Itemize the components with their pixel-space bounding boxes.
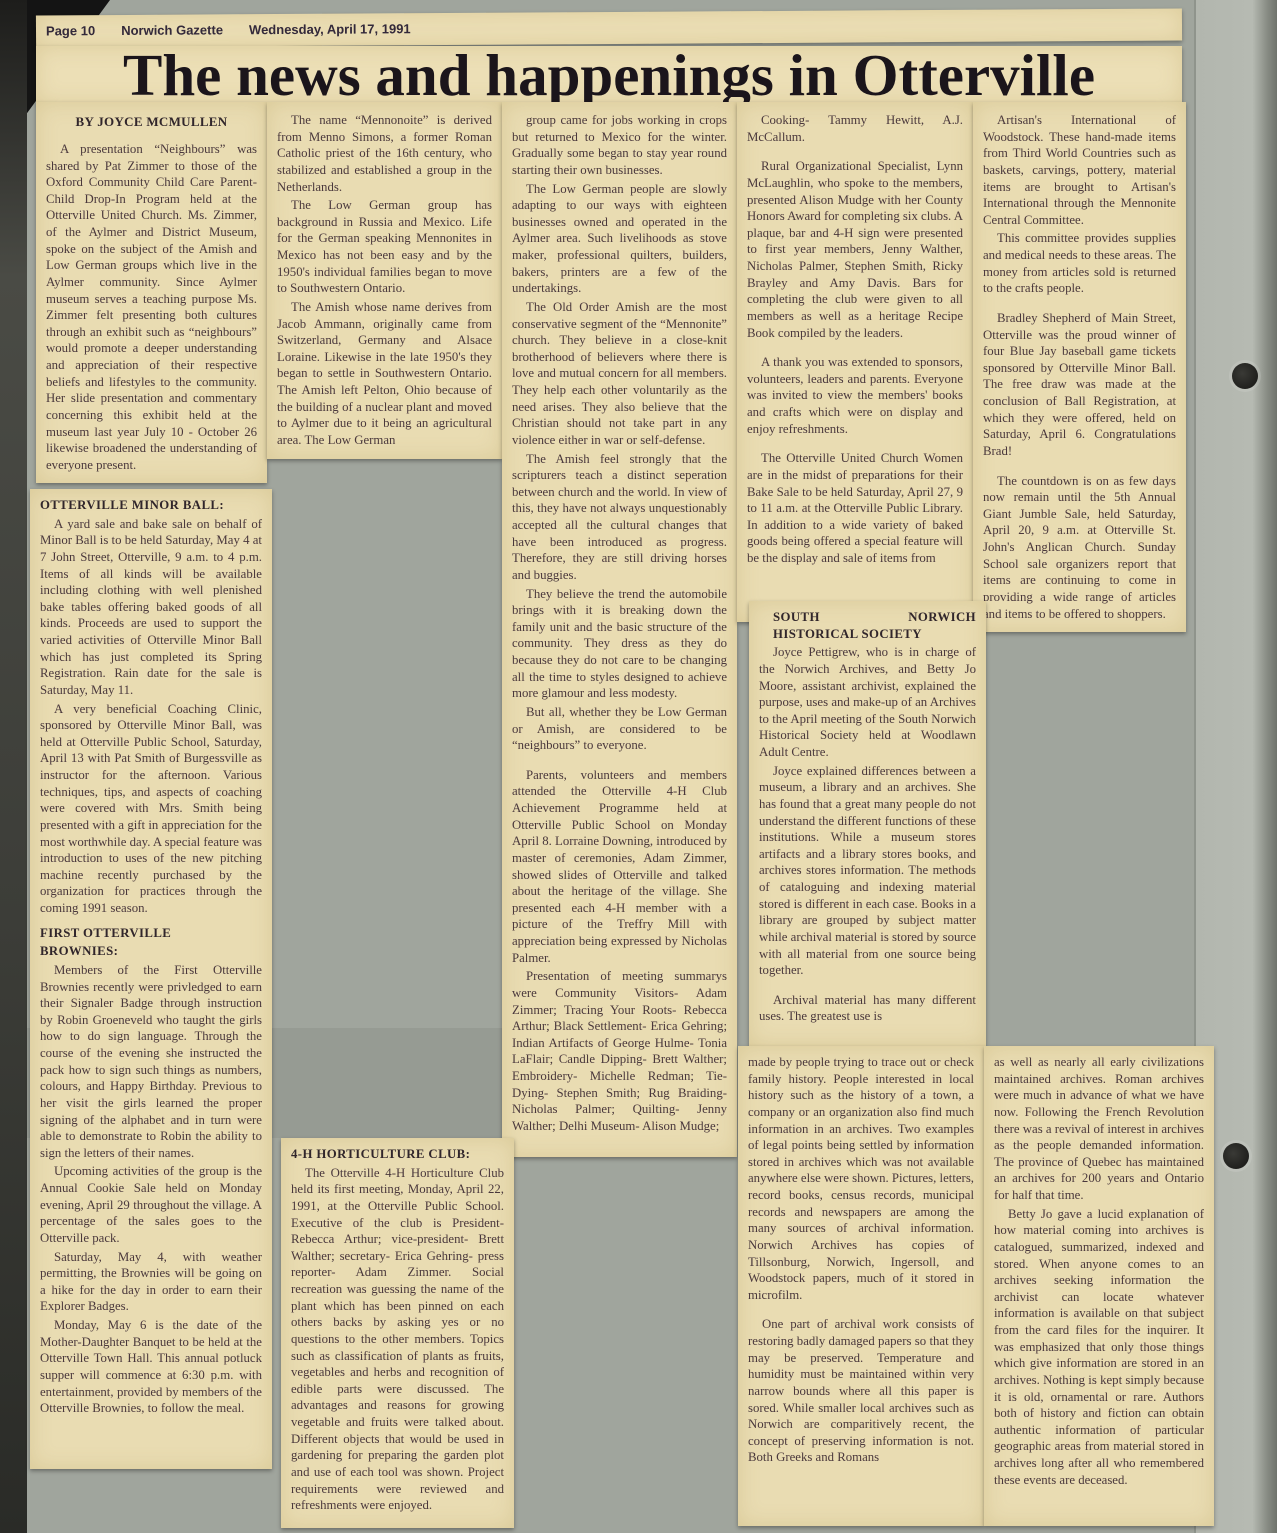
article-paragraph: A very beneficial Coaching Clinic, spons… (40, 701, 262, 917)
article-paragraph: The countdown is on as few days now rema… (983, 473, 1176, 623)
article-paragraph: The Otterville United Church Women are i… (747, 450, 963, 566)
section-heading-minor-ball: OTTERVILLE MINOR BALL: (40, 497, 262, 514)
section-heading-horticulture: 4-H HORTICULTURE CLUB: (291, 1146, 504, 1163)
newspaper-name: Norwich Gazette (121, 22, 223, 40)
page-number: Page 10 (46, 23, 95, 40)
article-column-3: group came for jobs working in crops but… (502, 102, 737, 1157)
article-paragraph: as well as nearly all early civilization… (994, 1054, 1204, 1204)
archives-continuation-clipping: made by people trying to trace out or ch… (738, 1046, 984, 1526)
article-paragraph: Bradley Shepherd of Main Street, Ottervi… (983, 310, 1176, 460)
article-paragraph: group came for jobs working in crops but… (512, 112, 727, 179)
article-paragraph: Saturday, May 4, with weather permitting… (40, 1249, 262, 1316)
page-left-edge (0, 0, 27, 1533)
article-paragraph: Artisan's International of Woodstock. Th… (983, 112, 1176, 228)
section-heading-brownies-line2: BROWNIES: (40, 943, 262, 960)
archives-end-clipping: as well as nearly all early civilization… (984, 1046, 1214, 1526)
article-paragraph: A presentation “Neighbours” was shared b… (46, 141, 257, 474)
article-paragraph: The Amish whose name derives from Jacob … (277, 299, 492, 449)
article-paragraph: Joyce Pettigrew, who is in charge of the… (759, 644, 976, 760)
minor-ball-clipping: OTTERVILLE MINOR BALL: A yard sale and b… (30, 489, 272, 1469)
article-paragraph: Upcoming activities of the group is the … (40, 1163, 262, 1246)
article-paragraph: Parents, volunteers and members attended… (512, 767, 727, 967)
article-paragraph: Cooking- Tammy Hewitt, A.J. McCallum. (747, 112, 963, 145)
article-paragraph: made by people trying to trace out or ch… (748, 1054, 974, 1303)
article-paragraph: Joyce explained differences between a mu… (759, 763, 976, 979)
headline-clipping: The news and happenings in Otterville (36, 46, 1182, 104)
horticulture-clipping: 4-H HORTICULTURE CLUB: The Otterville 4-… (281, 1138, 514, 1528)
issue-date: Wednesday, April 17, 1991 (249, 21, 411, 39)
hole-punch (1223, 1143, 1249, 1169)
article-column-4: Cooking- Tammy Hewitt, A.J. McCallum. Ru… (737, 102, 973, 622)
hole-punch (1232, 363, 1258, 389)
article-paragraph: The Low German people are slowly adaptin… (512, 181, 727, 297)
article-column-5: Artisan's International of Woodstock. Th… (973, 102, 1186, 632)
article-paragraph: This committee provides supplies and med… (983, 230, 1176, 297)
article-paragraph: Archival material has many different use… (759, 992, 976, 1025)
byline: BY JOYCE MCMULLEN (46, 114, 257, 131)
article-paragraph: Rural Organizational Specialist, Lynn Mc… (747, 158, 963, 341)
heading-line: FIRST OTTERVILLE (40, 925, 171, 942)
article-paragraph: But all, whether they be Low German or A… (512, 704, 727, 754)
article-column-2: The name “Mennonoite” is derived from Me… (267, 102, 502, 459)
article-paragraph: Betty Jo gave a lucid explanation of how… (994, 1206, 1204, 1489)
article-paragraph: Monday, May 6 is the date of the Mother-… (40, 1317, 262, 1417)
article-paragraph: Members of the First Otterville Brownies… (40, 962, 262, 1162)
article-paragraph: The Low German group has background in R… (277, 197, 492, 297)
article-paragraph: Presentation of meeting summarys were Co… (512, 968, 727, 1134)
article-paragraph: A thank you was extended to sponsors, vo… (747, 354, 963, 437)
article-paragraph: The Otterville 4-H Horticulture Club hel… (291, 1165, 504, 1514)
article-paragraph: The Old Order Amish are the most conserv… (512, 299, 727, 449)
page-title: The news and happenings in Otterville (44, 46, 1174, 105)
section-heading-historical: SOUTH NORWICH HISTORICAL SOCIETY (759, 609, 976, 642)
section-heading-brownies: FIRST OTTERVILLE (40, 925, 262, 942)
article-column-1: BY JOYCE MCMULLEN A presentation “Neighb… (36, 102, 267, 483)
article-paragraph: A yard sale and bake sale on behalf of M… (40, 516, 262, 699)
article-paragraph: The name “Mennonoite” is derived from Me… (277, 112, 492, 195)
article-paragraph: One part of archival work consists of re… (748, 1316, 974, 1466)
historical-society-clipping: SOUTH NORWICH HISTORICAL SOCIETY Joyce P… (749, 601, 986, 1046)
article-paragraph: They believe the trend the automobile br… (512, 586, 727, 702)
article-paragraph: The Amish feel strongly that the scriptu… (512, 451, 727, 584)
